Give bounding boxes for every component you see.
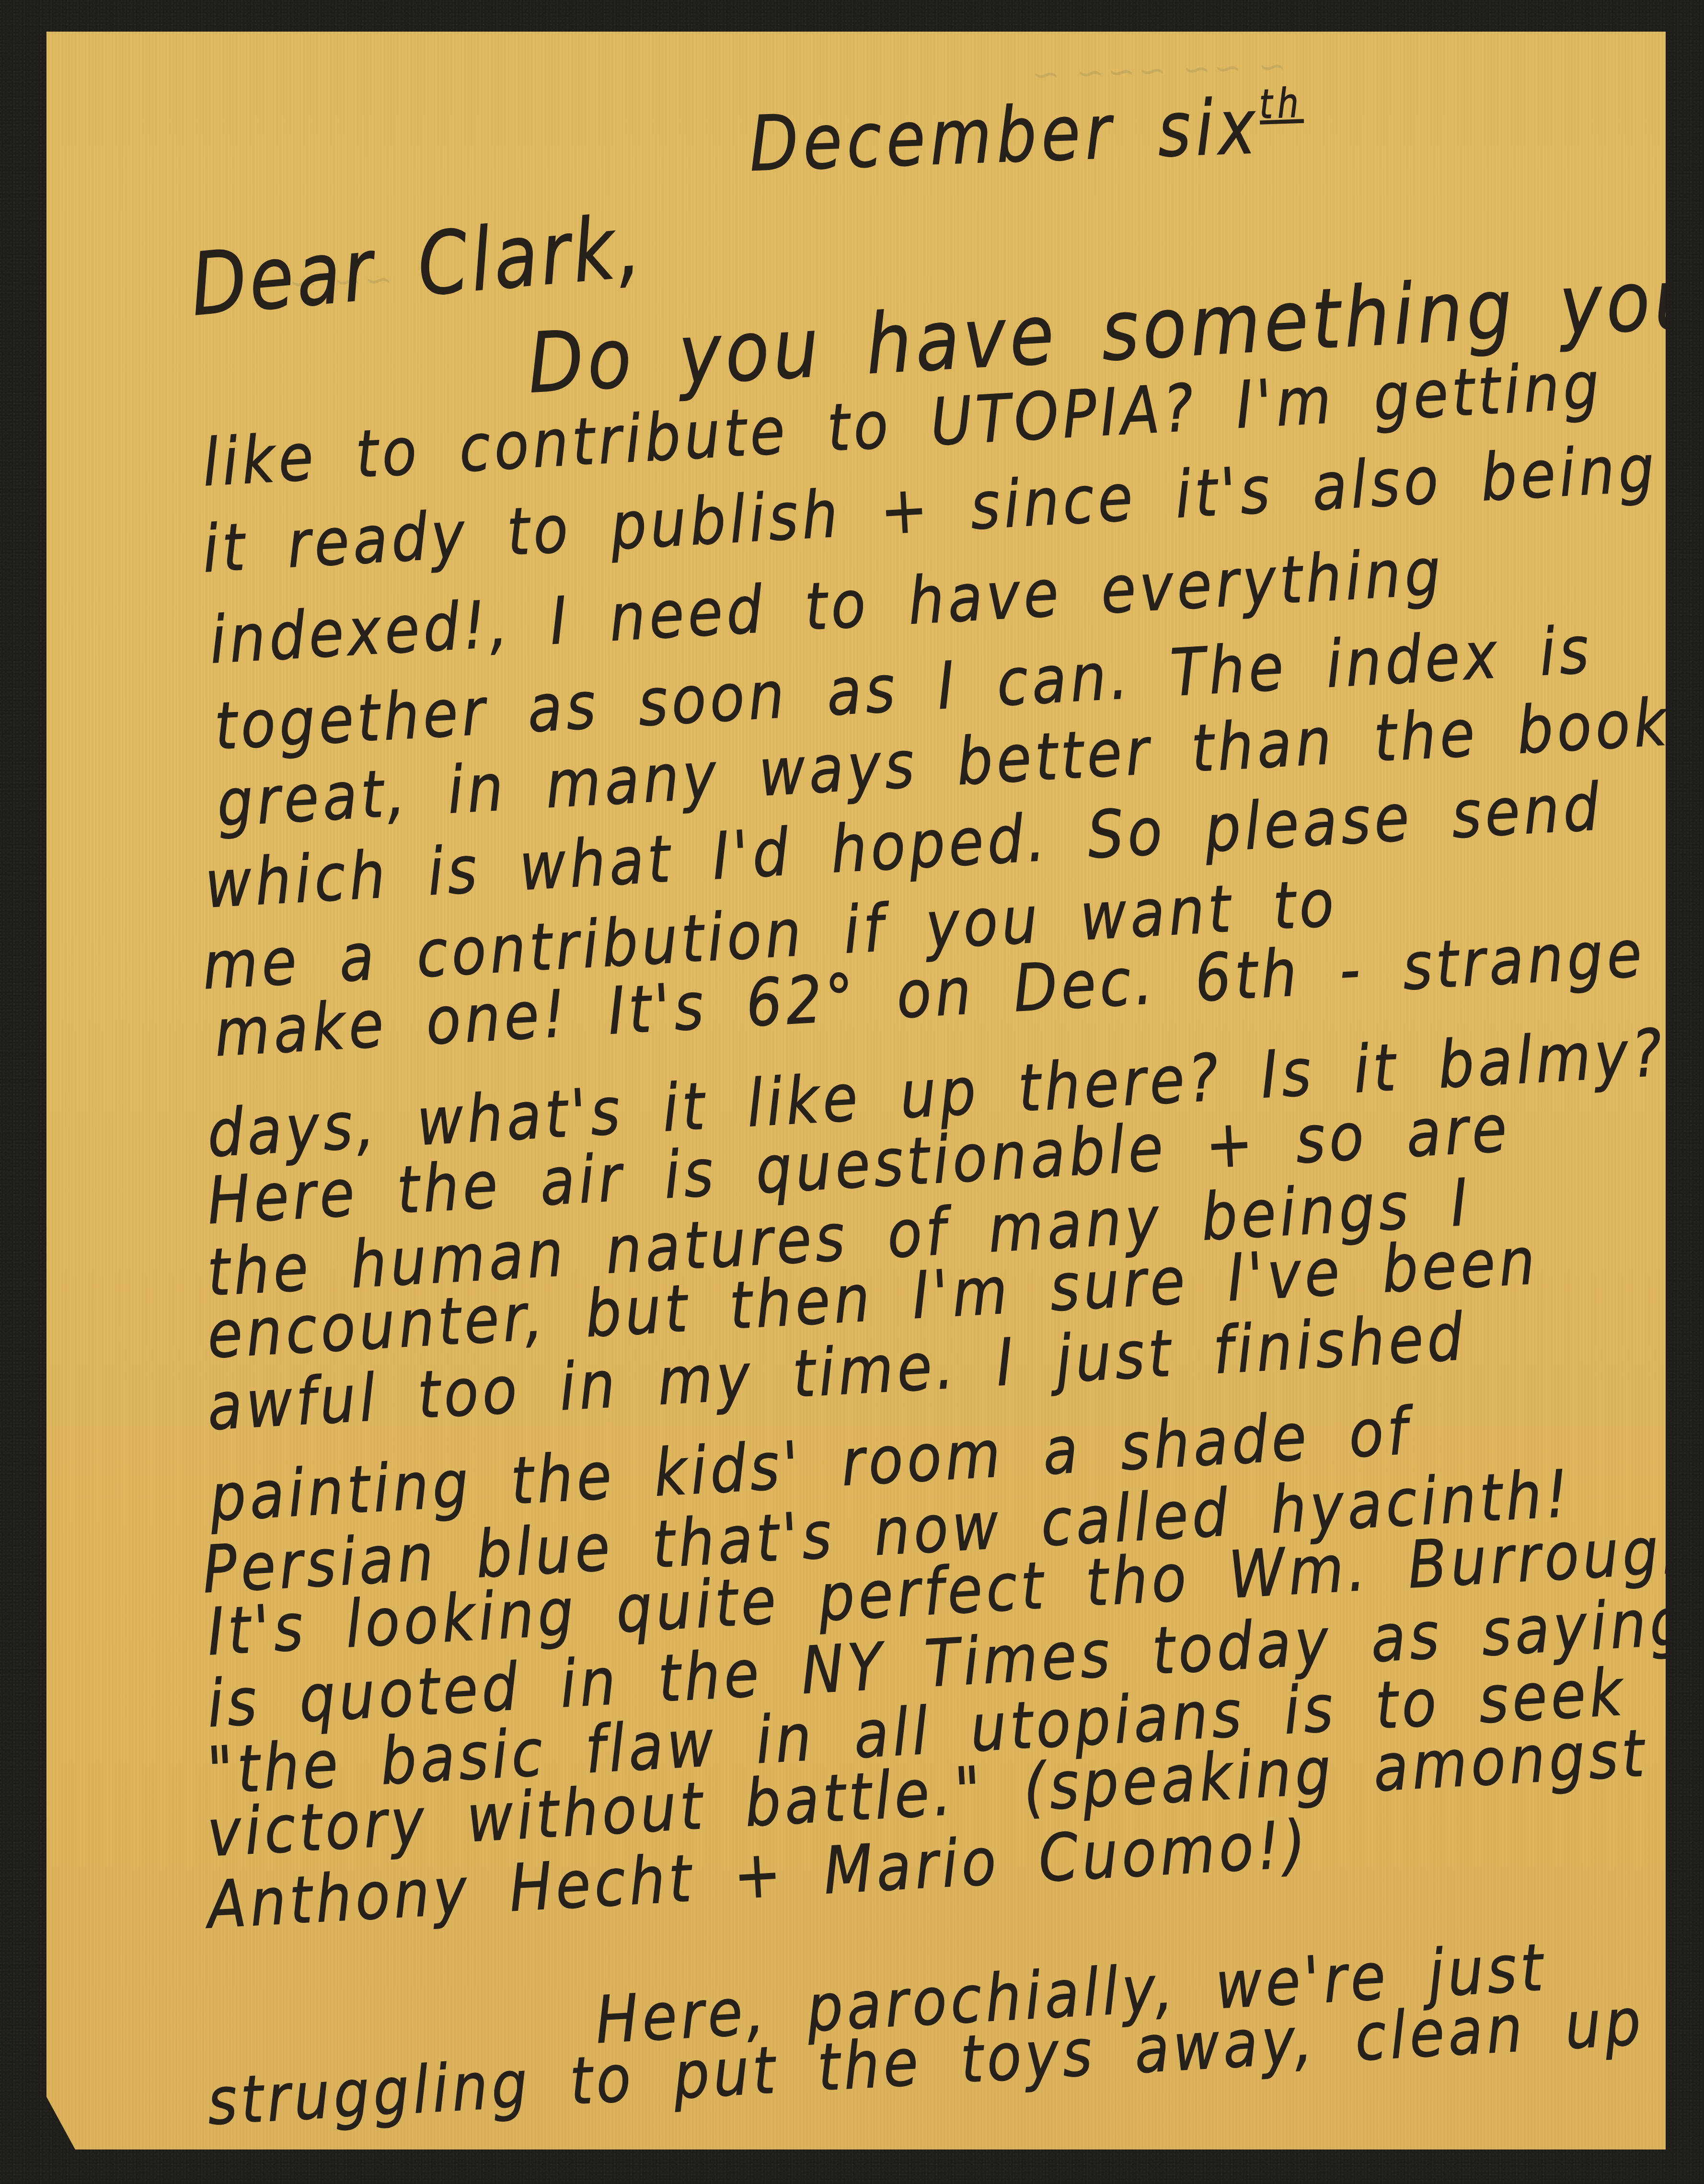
letter-page: ~ ~~ ~~~ ~ ~~ ~ December sixth Dear Clar… — [46, 32, 1666, 2150]
salutation: Dear Clark, — [187, 203, 646, 329]
date-text: December six — [748, 82, 1262, 189]
date-suffix: th — [1258, 79, 1304, 128]
letter-date: December sixth — [748, 83, 1305, 183]
